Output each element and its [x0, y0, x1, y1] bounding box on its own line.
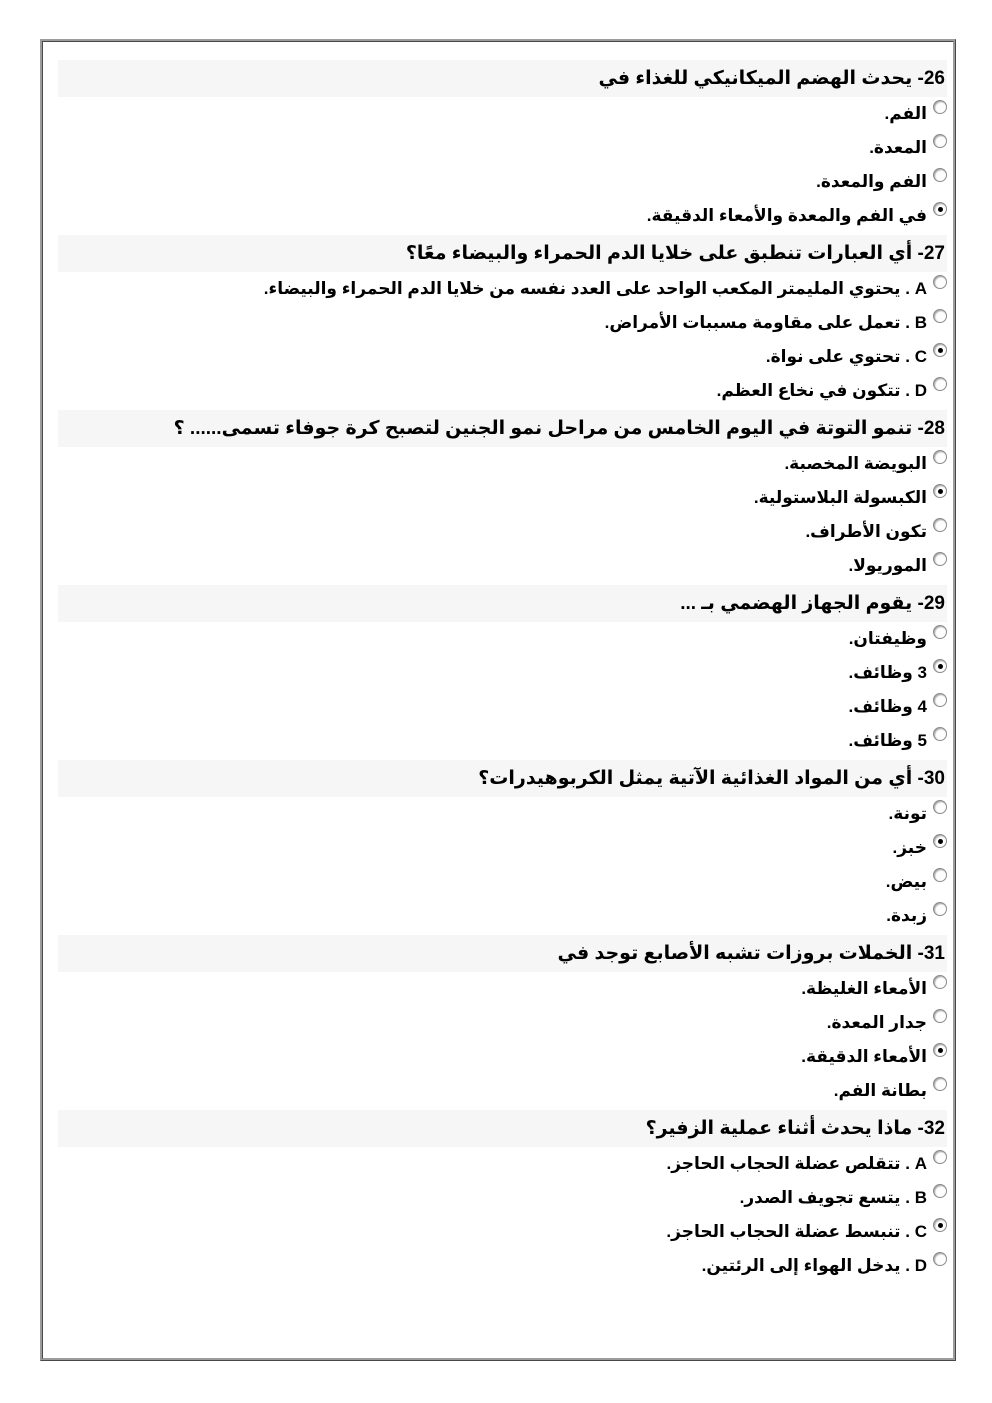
radio-button-selected[interactable] [933, 484, 947, 498]
option-label[interactable]: بيض. [886, 867, 927, 897]
option-label[interactable]: في الفم والمعدة والأمعاء الدقيقة. [647, 201, 927, 231]
option-row[interactable]: المعدة. [58, 133, 947, 167]
option-label[interactable]: الفم. [885, 99, 928, 129]
option-row[interactable]: بيض. [58, 867, 947, 901]
radio-button[interactable] [933, 868, 947, 882]
radio-button-selected[interactable] [933, 202, 947, 216]
option-label[interactable]: وظيفتان. [849, 624, 927, 654]
option-label[interactable]: خبز. [893, 833, 928, 863]
radio-button-selected[interactable] [933, 659, 947, 673]
option-label[interactable]: 4 وظائف. [848, 692, 927, 722]
option-row[interactable]: الكبسولة البلاستولية. [58, 483, 947, 517]
radio-button[interactable] [933, 1150, 947, 1164]
radio-dot [938, 1223, 943, 1228]
radio-button[interactable] [933, 134, 947, 148]
radio-button[interactable] [933, 518, 947, 532]
option-label[interactable]: جدار المعدة. [827, 1008, 927, 1038]
option-row[interactable]: B . يتسع تجويف الصدر. [58, 1183, 947, 1217]
radio-dot [938, 1048, 943, 1053]
option-label[interactable]: 3 وظائف. [848, 658, 927, 688]
question-header: 30- أي من المواد الغذائية الآتية يمثل ال… [58, 760, 947, 797]
option-row[interactable]: D . تتكون في نخاع العظم. [58, 376, 947, 410]
radio-dot [938, 348, 943, 353]
option-label[interactable]: C . تحتوي على نواة. [766, 342, 927, 372]
question-header: 32- ماذا يحدث أثناء عملية الزفير؟ [58, 1110, 947, 1147]
options-list: البويضة المخصبة.الكبسولة البلاستولية.تكو… [58, 449, 947, 585]
option-label[interactable]: D . يدخل الهواء إلى الرئتين. [702, 1251, 927, 1281]
option-row[interactable]: الفم والمعدة. [58, 167, 947, 201]
radio-button-selected[interactable] [933, 1043, 947, 1057]
radio-dot [938, 489, 943, 494]
option-label[interactable]: تونة. [889, 799, 927, 829]
radio-button[interactable] [933, 450, 947, 464]
question-block: 31- الخملات بروزات تشبه الأصابع توجد فيا… [58, 935, 947, 1110]
radio-button[interactable] [933, 1252, 947, 1266]
question-header: 26- يحدث الهضم الميكانيكي للغذاء في [58, 60, 947, 97]
option-label[interactable]: الكبسولة البلاستولية. [754, 483, 927, 513]
question-block: 30- أي من المواد الغذائية الآتية يمثل ال… [58, 760, 947, 935]
option-row[interactable]: C . تنبسط عضلة الحجاب الحاجز. [58, 1217, 947, 1251]
option-row[interactable]: C . تحتوي على نواة. [58, 342, 947, 376]
questions-list: 26- يحدث الهضم الميكانيكي للغذاء فيالفم.… [58, 60, 947, 1285]
option-label[interactable]: بطانة الفم. [834, 1076, 927, 1106]
radio-dot [938, 207, 943, 212]
radio-button-selected[interactable] [933, 834, 947, 848]
radio-button[interactable] [933, 975, 947, 989]
option-row[interactable]: البويضة المخصبة. [58, 449, 947, 483]
option-label[interactable]: زبدة. [886, 901, 927, 931]
option-row[interactable]: الموريولا. [58, 551, 947, 585]
option-row[interactable]: تكون الأطراف. [58, 517, 947, 551]
option-label[interactable]: A . تتقلص عضلة الحجاب الحاجز. [667, 1149, 928, 1179]
option-label[interactable]: المعدة. [869, 133, 927, 163]
option-label[interactable]: الأمعاء الدقيقة. [801, 1042, 927, 1072]
radio-button[interactable] [933, 800, 947, 814]
options-list: الفم.المعدة.الفم والمعدة.في الفم والمعدة… [58, 99, 947, 235]
option-label[interactable]: B . تعمل على مقاومة مسببات الأمراض. [605, 308, 927, 338]
radio-button[interactable] [933, 1184, 947, 1198]
option-row[interactable]: B . تعمل على مقاومة مسببات الأمراض. [58, 308, 947, 342]
option-row[interactable]: A . تتقلص عضلة الحجاب الحاجز. [58, 1149, 947, 1183]
radio-button-selected[interactable] [933, 1218, 947, 1232]
question-block: 26- يحدث الهضم الميكانيكي للغذاء فيالفم.… [58, 60, 947, 235]
question-block: 27- أي العبارات تنطبق على خلايا الدم الح… [58, 235, 947, 410]
option-label[interactable]: تكون الأطراف. [805, 517, 927, 547]
option-row[interactable]: الأمعاء الغليظة. [58, 974, 947, 1008]
option-row[interactable]: خبز. [58, 833, 947, 867]
option-label[interactable]: D . تتكون في نخاع العظم. [717, 376, 927, 406]
options-list: A . تتقلص عضلة الحجاب الحاجز.B . يتسع تج… [58, 1149, 947, 1285]
question-block: 28- تنمو التوتة في اليوم الخامس من مراحل… [58, 410, 947, 585]
option-row[interactable]: الفم. [58, 99, 947, 133]
question-header: 27- أي العبارات تنطبق على خلايا الدم الح… [58, 235, 947, 272]
option-row[interactable]: 4 وظائف. [58, 692, 947, 726]
options-list: وظيفتان.3 وظائف.4 وظائف.5 وظائف. [58, 624, 947, 760]
option-label[interactable]: C . تنبسط عضلة الحجاب الحاجز. [666, 1217, 927, 1247]
radio-dot [938, 839, 943, 844]
option-row[interactable]: تونة. [58, 799, 947, 833]
option-row[interactable]: في الفم والمعدة والأمعاء الدقيقة. [58, 201, 947, 235]
radio-button[interactable] [933, 727, 947, 741]
option-row[interactable]: D . يدخل الهواء إلى الرئتين. [58, 1251, 947, 1285]
options-list: تونة.خبز.بيض.زبدة. [58, 799, 947, 935]
option-row[interactable]: 3 وظائف. [58, 658, 947, 692]
option-label[interactable]: الفم والمعدة. [816, 167, 927, 197]
radio-button[interactable] [933, 168, 947, 182]
options-list: الأمعاء الغليظة.جدار المعدة.الأمعاء الدق… [58, 974, 947, 1110]
question-header: 29- يقوم الجهاز الهضمي بـ ... [58, 585, 947, 622]
radio-button[interactable] [933, 902, 947, 916]
option-row[interactable]: 5 وظائف. [58, 726, 947, 760]
radio-button[interactable] [933, 1077, 947, 1091]
radio-button-selected[interactable] [933, 343, 947, 357]
quiz-page-frame: 26- يحدث الهضم الميكانيكي للغذاء فيالفم.… [40, 39, 956, 1361]
option-label[interactable]: البويضة المخصبة. [784, 449, 927, 479]
radio-button[interactable] [933, 309, 947, 323]
option-row[interactable]: جدار المعدة. [58, 1008, 947, 1042]
radio-button[interactable] [933, 100, 947, 114]
radio-button[interactable] [933, 1009, 947, 1023]
options-list: A . يحتوي المليمتر المكعب الواحد على الع… [58, 274, 947, 410]
option-row[interactable]: A . يحتوي المليمتر المكعب الواحد على الع… [58, 274, 947, 308]
question-block: 29- يقوم الجهاز الهضمي بـ ...وظيفتان.3 و… [58, 585, 947, 760]
option-label[interactable]: A . يحتوي المليمتر المكعب الواحد على الع… [264, 274, 927, 304]
radio-button[interactable] [933, 552, 947, 566]
radio-button[interactable] [933, 625, 947, 639]
option-label[interactable]: الأمعاء الغليظة. [801, 974, 927, 1004]
option-row[interactable]: وظيفتان. [58, 624, 947, 658]
option-row[interactable]: بطانة الفم. [58, 1076, 947, 1110]
radio-button[interactable] [933, 275, 947, 289]
radio-dot [938, 664, 943, 669]
radio-button[interactable] [933, 377, 947, 391]
option-label[interactable]: الموريولا. [849, 551, 927, 581]
question-header: 28- تنمو التوتة في اليوم الخامس من مراحل… [58, 410, 947, 447]
question-block: 32- ماذا يحدث أثناء عملية الزفير؟A . تتق… [58, 1110, 947, 1285]
option-label[interactable]: 5 وظائف. [848, 726, 927, 756]
radio-button[interactable] [933, 693, 947, 707]
question-header: 31- الخملات بروزات تشبه الأصابع توجد في [58, 935, 947, 972]
option-row[interactable]: زبدة. [58, 901, 947, 935]
option-row[interactable]: الأمعاء الدقيقة. [58, 1042, 947, 1076]
option-label[interactable]: B . يتسع تجويف الصدر. [740, 1183, 927, 1213]
